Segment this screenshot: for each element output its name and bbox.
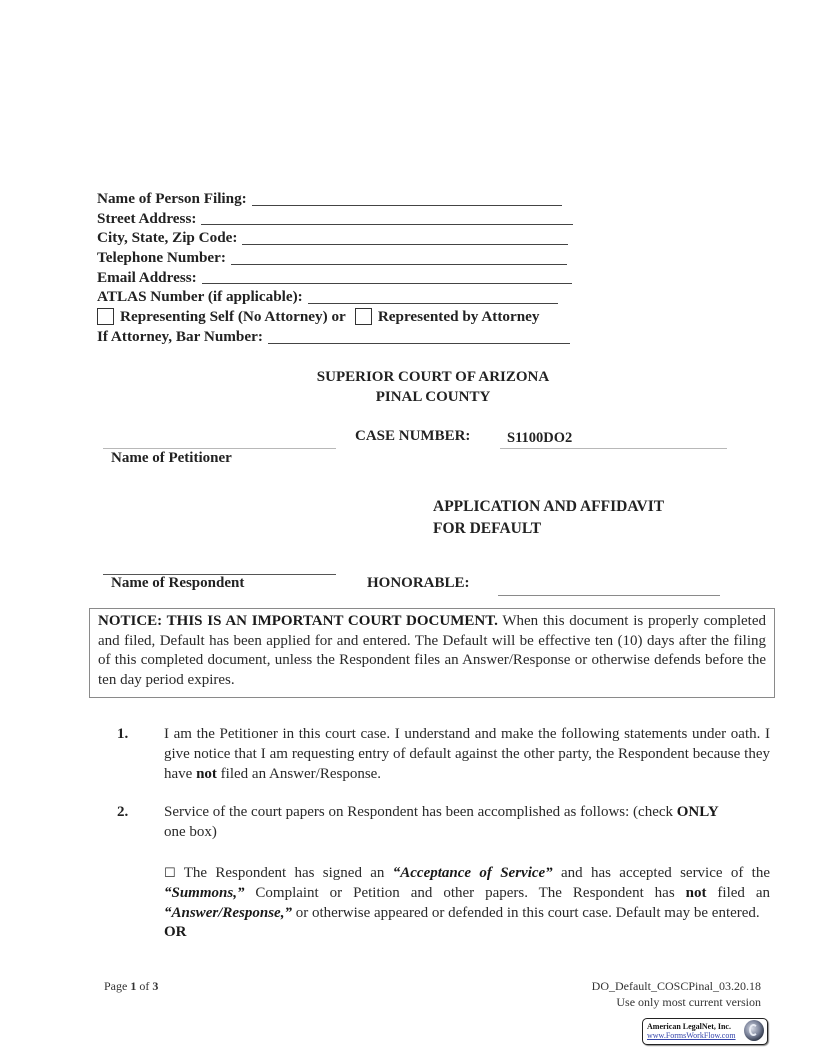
represented-by-attorney-label: Represented by Attorney <box>378 307 540 327</box>
respondent-label: Name of Respondent <box>111 575 244 592</box>
or-separator: OR <box>164 923 770 943</box>
paragraph-2-number: 2. <box>117 803 128 823</box>
paragraph-1-number: 1. <box>117 725 128 745</box>
paragraph-2: 2. Service of the court papers on Respon… <box>117 803 770 843</box>
paragraph-1-bold: not <box>196 766 217 782</box>
case-number-value[interactable]: S1100DO2 <box>507 430 572 447</box>
notice-heading: NOTICE: THIS IS AN IMPORTANT COURT DOCUM… <box>98 613 498 629</box>
form-id-block: DO_Default_COSCPinal_03.20.18 Use only m… <box>592 979 761 1010</box>
representing-self-checkbox[interactable] <box>97 308 114 325</box>
atlas-number-label: ATLAS Number (if applicable): <box>97 287 303 307</box>
service-option-bold-2: “Summons,” <box>164 885 244 901</box>
service-option-text-3: Complaint or Petition and other papers. … <box>244 885 685 901</box>
street-address-label: Street Address: <box>97 209 196 229</box>
paragraph-2-text-b: one box) <box>164 824 217 840</box>
telephone-field[interactable] <box>231 250 567 265</box>
email-row: Email Address: <box>97 268 597 288</box>
email-field[interactable] <box>202 269 572 284</box>
badge-url-link[interactable]: www.FormsWorkFlow.com <box>647 1031 736 1040</box>
street-address-row: Street Address: <box>97 209 597 229</box>
page-prefix: Page <box>104 979 130 993</box>
represented-by-attorney-checkbox[interactable] <box>355 308 372 325</box>
paragraph-2-text: Service of the court papers on Responden… <box>164 803 739 843</box>
bar-number-label: If Attorney, Bar Number: <box>97 327 263 347</box>
badge-company: American LegalNet, Inc. <box>647 1022 731 1031</box>
bar-number-field[interactable] <box>268 329 570 344</box>
court-county: PINAL COUNTY <box>0 387 816 407</box>
petitioner-label: Name of Petitioner <box>111 450 232 467</box>
paragraph-1: 1. I am the Petitioner in this court cas… <box>117 725 770 784</box>
city-state-zip-field[interactable] <box>242 230 568 245</box>
version-note: Use only most current version <box>592 995 761 1011</box>
service-option-bold-1: “Acceptance of Service” <box>393 865 553 881</box>
service-option-acceptance: ☐ The Respondent has signed an “Acceptan… <box>164 864 770 943</box>
telephone-label: Telephone Number: <box>97 248 226 268</box>
honorable-line[interactable] <box>498 595 720 596</box>
service-option-bold-4: “Answer/Response,” <box>164 905 292 921</box>
page-of: of <box>136 979 152 993</box>
document-title-line1: APPLICATION AND AFFIDAVIT <box>433 496 664 518</box>
paragraph-1-text: I am the Petitioner in this court case. … <box>164 725 770 784</box>
case-number-line <box>500 448 727 449</box>
service-option-text-4: filed an <box>706 885 770 901</box>
form-id: DO_Default_COSCPinal_03.20.18 <box>592 979 761 995</box>
honorable-label: HONORABLE: <box>367 575 470 592</box>
city-state-zip-label: City, State, Zip Code: <box>97 228 237 248</box>
representation-row: Representing Self (No Attorney) or Repre… <box>97 307 597 327</box>
service-option-text-1: The Respondent has signed an <box>176 865 393 881</box>
filer-name-row: Name of Person Filing: <box>97 189 597 209</box>
service-option-text-2: and has accepted service of the <box>553 865 770 881</box>
street-address-field[interactable] <box>201 210 573 225</box>
paragraph-2-text-a: Service of the court papers on Responden… <box>164 804 677 820</box>
globe-logo-icon <box>744 1020 764 1041</box>
court-name: SUPERIOR COURT OF ARIZONA <box>0 367 816 387</box>
service-option-bold-3: not <box>686 885 707 901</box>
service-option-text-5: or otherwise appeared or defended in thi… <box>292 905 760 921</box>
city-state-zip-row: City, State, Zip Code: <box>97 228 597 248</box>
telephone-row: Telephone Number: <box>97 248 597 268</box>
atlas-number-row: ATLAS Number (if applicable): <box>97 287 597 307</box>
notice-box: NOTICE: THIS IS AN IMPORTANT COURT DOCUM… <box>89 608 775 698</box>
filer-name-label: Name of Person Filing: <box>97 189 247 209</box>
email-label: Email Address: <box>97 268 197 288</box>
petitioner-name-line[interactable] <box>103 448 336 449</box>
filer-info-block: Name of Person Filing: Street Address: C… <box>97 189 597 347</box>
american-legalnet-badge[interactable]: American LegalNet, Inc. www.FormsWorkFlo… <box>642 1018 768 1045</box>
paragraph-1-text-b: filed an Answer/Response. <box>217 766 381 782</box>
document-title-line2: FOR DEFAULT <box>433 518 664 540</box>
represented-by-attorney-option[interactable]: Represented by Attorney <box>355 307 540 327</box>
case-number-label: CASE NUMBER: <box>355 428 470 445</box>
document-title: APPLICATION AND AFFIDAVIT FOR DEFAULT <box>433 496 664 540</box>
paragraph-2-bold: ONLY <box>677 804 719 820</box>
atlas-number-field[interactable] <box>308 289 558 304</box>
page-indicator: Page 1 of 3 <box>104 979 158 994</box>
page-total: 3 <box>152 979 158 993</box>
bar-number-row: If Attorney, Bar Number: <box>97 327 597 347</box>
filer-name-field[interactable] <box>252 191 562 206</box>
representing-self-option[interactable]: Representing Self (No Attorney) or <box>97 307 346 327</box>
representing-self-label: Representing Self (No Attorney) or <box>120 307 346 327</box>
acceptance-of-service-checkbox[interactable]: ☐ <box>164 866 176 881</box>
